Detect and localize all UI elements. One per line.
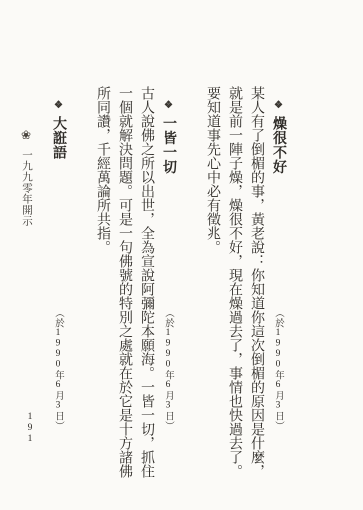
section-yi-jie-yi-qie: ❖一皆一切 （於1990年6月3日） 古人說佛之所以出世，全為宣說阿彌陀本願海。… bbox=[91, 86, 179, 480]
section-da-kuang-yu: ❖大誑語 （於1990年6月3日） bbox=[47, 86, 69, 480]
page-content: ❖燥很不好 （於1990年6月3日） 某人有了倒楣的事，黃老說：你知道你這次倒楣… bbox=[44, 86, 289, 480]
lotus-ornament-icon: ❀ bbox=[19, 128, 33, 143]
margin-header: ❀一九九零年開示 bbox=[19, 128, 33, 227]
section-body: 古人說佛之所以出世，全為宣說阿彌陀本願海。一皆一切，抓住一個就解決問題。可是一句… bbox=[91, 86, 157, 480]
section-title: 大誑語 bbox=[51, 116, 66, 160]
section-heading: ❖燥很不好 （於1990年6月3日） bbox=[267, 86, 289, 480]
section-date: （於1990年6月3日） bbox=[51, 308, 65, 431]
section-date: （於1990年6月3日） bbox=[161, 308, 175, 431]
diamond-marker-icon: ❖ bbox=[53, 100, 64, 111]
section-date: （於1990年6月3日） bbox=[271, 308, 285, 431]
section-heading: ❖大誑語 （於1990年6月3日） bbox=[47, 86, 69, 480]
section-body: 某人有了倒楣的事，黃老說：你知道你這次倒楣的原因是什麼，就是前一陣子燥，燥很不好… bbox=[201, 86, 267, 480]
diamond-marker-icon: ❖ bbox=[273, 100, 284, 111]
margin-header-text: 一九九零年開示 bbox=[21, 150, 32, 227]
section-title: 燥很不好 bbox=[271, 116, 286, 174]
section-title: 一皆一切 bbox=[161, 116, 176, 174]
book-page: ❖燥很不好 （於1990年6月3日） 某人有了倒楣的事，黃老說：你知道你這次倒楣… bbox=[0, 0, 363, 510]
page-number: 191 bbox=[24, 412, 36, 445]
diamond-marker-icon: ❖ bbox=[163, 100, 174, 111]
section-heading: ❖一皆一切 （於1990年6月3日） bbox=[157, 86, 179, 480]
section-zao-hen-bu-hao: ❖燥很不好 （於1990年6月3日） 某人有了倒楣的事，黃老說：你知道你這次倒楣… bbox=[201, 86, 289, 480]
